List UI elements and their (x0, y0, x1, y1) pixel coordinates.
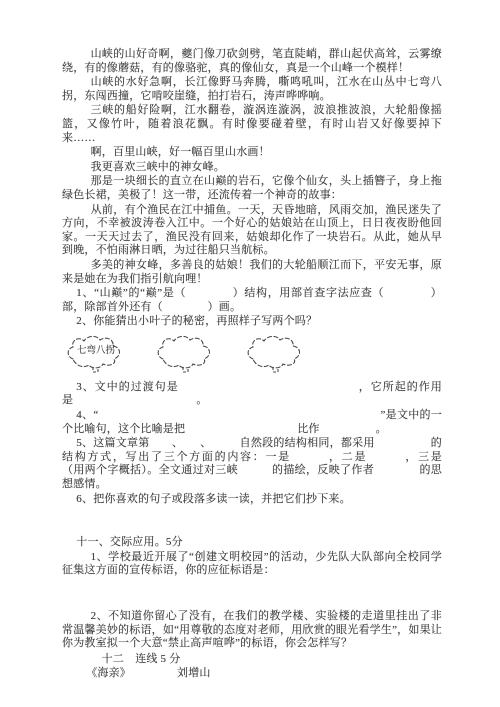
question-5: 5、这篇文章第 、 、 自然段的结构相同，都采用 的结构方式，写出了三个方面的内… (62, 437, 442, 491)
section-11-item-2: 2、不知道你留心了没有，在我们的教学楼、实验楼的走道里挂出了非常温馨美妙的标语，… (62, 610, 442, 651)
leaf-shape-3 (244, 334, 308, 375)
passage-paragraph-4: 啊，百里山峡，好一幅百里山水画！ (62, 146, 442, 160)
section-11-item-1: 1、学校最近开展了“创建文明校园”的活动，少先队大队部向全校同学征集这方面的宣传… (62, 551, 442, 578)
passage-paragraph-3: 三峡的船好险啊，江水翻卷，漩涡连漩涡，波浪推波浪，大轮船像摇篮，又像竹叶，随着浪… (62, 104, 442, 145)
passage-paragraph-5: 我更喜欢三峡中的神女峰。 (62, 161, 442, 175)
question-2: 2、你能猜出小叶子的秘密，再照样子写两个吗？ (62, 315, 442, 329)
leaf-answer-row: 七弯八拐 (64, 334, 442, 375)
passage-paragraph-2: 山峡的水好急啊，长江像野马奔腾，嘶鸣吼叫，江水在山丛中七弯八拐，东闯西撞，它啃咬… (62, 76, 442, 103)
leaf-label: 七弯八拐 (77, 346, 115, 360)
passage-paragraph-1: 山峡的山好奇啊，夔门像刀砍剑劈，笔直陡峭，群山起伏高耸，云雾缭绕，有的像蘑菇，有… (62, 48, 442, 75)
match-right-author: 刘增山 (177, 667, 211, 679)
exam-paper-content: 山峡的山好奇啊，夔门像刀砍剑劈，笔直陡峭，群山起伏高耸，云雾缭绕，有的像蘑菇，有… (62, 48, 442, 681)
passage-paragraph-7: 从前，有个渔民在江中捕鱼。一天，天昏地暗，风雨交加，渔民迷失了方向，不幸被波涛卷… (62, 204, 442, 258)
question-4: 4、“ ”是文中的一个比喻句，这个比喻是把 比作 。 (62, 409, 442, 436)
leaf-outline-icon (244, 334, 308, 375)
match-pair-row: 《海亲》刘增山 (62, 667, 442, 681)
leaf-outline-icon (154, 334, 218, 375)
leaf-shape-2 (154, 334, 218, 375)
question-3: 3、文中的过渡句是 ，它所起的作用是 。 (62, 381, 442, 408)
passage-paragraph-6: 那是一块细长的直立在山巅的岩石，它像个仙女，头上插簪子，身上拖绿色长裙，美极了！… (62, 175, 442, 202)
section-11-title: 十一、交际应用。5分 (62, 536, 442, 550)
question-1: 1、“山巅”的“巅”是（ ）结构，用部首查字法应查（ ）部，除部首外还有（ ）画… (62, 287, 442, 314)
passage-paragraph-8: 多美的神女峰，多善良的姑娘！我们的大轮船顺江而下，平安无事，原来是她在为我们指引… (62, 259, 442, 286)
match-left-title: 《海亲》 (86, 667, 131, 679)
question-6: 6、把你喜欢的句子或段落多读一读，并把它们抄下来。 (62, 493, 442, 507)
document-page: 山峡的山好奇啊，夔门像刀砍剑劈，笔直陡峭，群山起伏高耸，云雾缭绕，有的像蘑菇，有… (0, 0, 500, 707)
section-12-title: 十二 连线 5 分 (62, 653, 442, 667)
leaf-shape-1: 七弯八拐 (64, 334, 128, 375)
